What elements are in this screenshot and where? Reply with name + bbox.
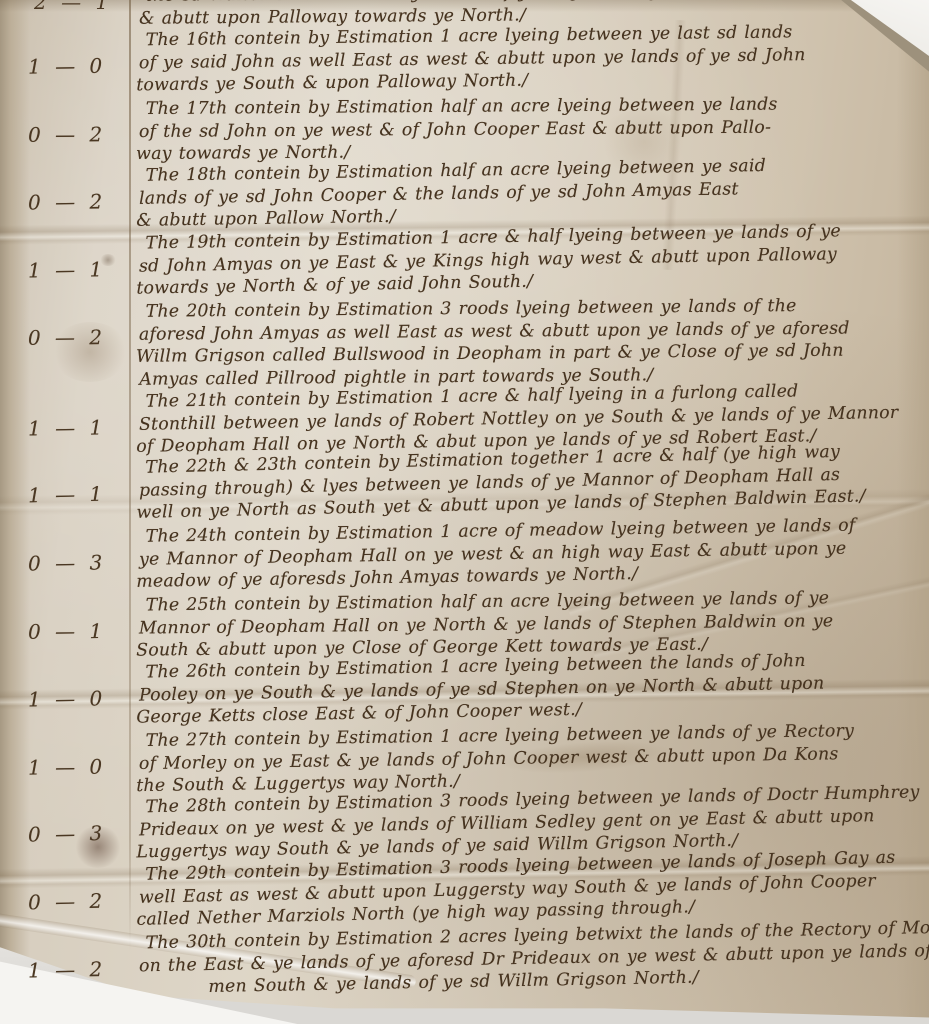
entry-text: The 24th contein by Estimation 1 acre of… bbox=[135, 514, 919, 594]
margin-acre-rood-figure: 1 — 2 bbox=[28, 957, 124, 983]
margin-acre-rood-figure: 0 — 3 bbox=[28, 821, 124, 847]
terrier-entry: 0 — 2 The 20th contein by Estimation 3 r… bbox=[0, 294, 925, 392]
margin-acre-rood-figure: 0 — 3 bbox=[28, 550, 124, 576]
margin-acre-rood-figure: 0 — 2 bbox=[28, 122, 124, 147]
entry-text: The 30th contein by Estimation 2 acres l… bbox=[135, 917, 919, 1000]
margin-acre-rood-figure: 1 — 0 bbox=[28, 54, 124, 79]
entry-text: The 19th contein by Estimation 1 acre & … bbox=[135, 218, 919, 299]
manuscript-text-column: the sd Walter on the west & ye lands of … bbox=[0, 0, 925, 1003]
terrier-entry: 1 — 0 The 16th contein by Estimation 1 a… bbox=[0, 20, 925, 99]
margin-acre-rood-figure: 1 — 1 bbox=[28, 482, 125, 508]
manuscript-photo: 2 — 1 the sd Walter on the west & ye lan… bbox=[0, 0, 929, 1024]
margin-acre-rood-figure: 0 — 2 bbox=[28, 888, 125, 914]
margin-acre-rood-figure: 0 — 2 bbox=[28, 189, 124, 215]
entry-text: The 20th contein by Estimation 3 roods l… bbox=[136, 294, 920, 391]
margin-acre-rood-figure: 0 — 2 bbox=[28, 325, 124, 350]
terrier-entry: 0 — 3 The 24th contein by Estimation 1 a… bbox=[0, 514, 925, 596]
margin-acre-rood-figure: 1 — 1 bbox=[28, 415, 124, 441]
entry-text: The 26th contein by Estimation 1 acre ly… bbox=[135, 648, 919, 729]
entry-text: The 16th contein by Estimation 1 acre ly… bbox=[136, 20, 920, 97]
margin-acre-rood-figure: 0 — 1 bbox=[28, 619, 124, 644]
margin-acre-rood-figure: 1 — 0 bbox=[28, 754, 124, 779]
margin-acre-rood-figure: 1 — 1 bbox=[28, 256, 124, 282]
margin-acre-rood-figure: 1 — 0 bbox=[28, 686, 124, 712]
